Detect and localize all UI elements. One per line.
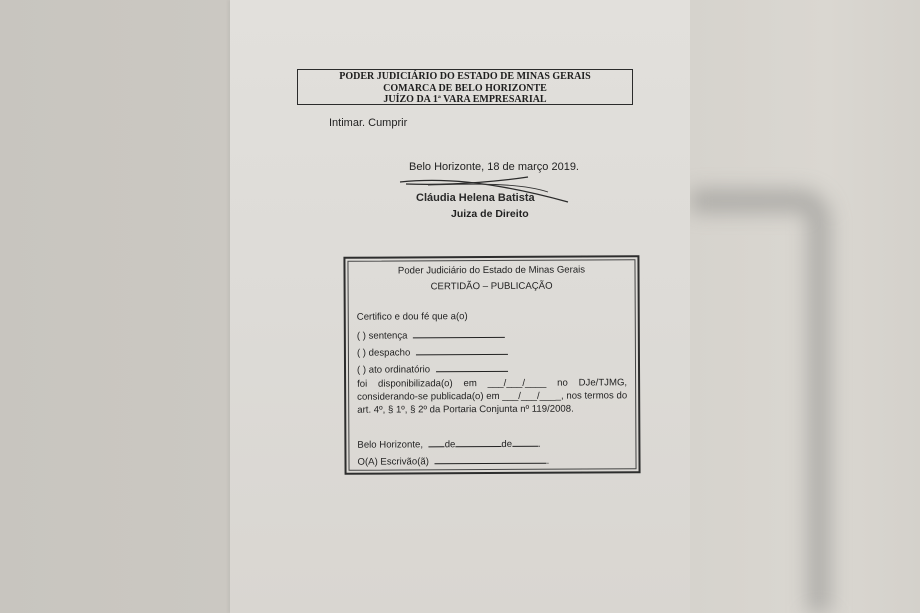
- option-ato-ordinatorio: ( ) ato ordinatório: [357, 362, 508, 376]
- place-date-line: Belo Horizonte, dede.: [357, 437, 540, 451]
- signer-role: Juiza de Direito: [451, 208, 529, 220]
- blank-field: [416, 345, 508, 355]
- publication-certificate-stamp: Poder Judiciário do Estado de Minas Gera…: [343, 255, 640, 475]
- line-article: art. 4º, § 1º, § 2º da Portaria Conjunta…: [357, 404, 574, 416]
- document-page: PODER JUDICIÁRIO DO ESTADO DE MINAS GERA…: [230, 0, 690, 613]
- header-line-2: COMARCA DE BELO HORIZONTE: [298, 83, 632, 95]
- header-line-3: JUÍZO DA 1ª VARA EMPRESARIAL: [298, 94, 632, 106]
- option-sentenca: ( ) sentença: [357, 328, 505, 342]
- blank-field: [413, 328, 505, 338]
- court-header: PODER JUDICIÁRIO DO ESTADO DE MINAS GERA…: [297, 69, 633, 105]
- order-text: Intimar. Cumprir: [329, 117, 407, 129]
- certificate-title: Poder Judiciário do Estado de Minas Gera…: [348, 264, 634, 276]
- signer-name: Cláudia Helena Batista: [416, 192, 535, 204]
- header-line-1: PODER JUDICIÁRIO DO ESTADO DE MINAS GERA…: [298, 71, 632, 83]
- background-shadow: [690, 190, 830, 613]
- blank-field: [436, 362, 508, 372]
- line-considerando: considerando-se publicada(o) em ___/___/…: [357, 390, 627, 402]
- certificate-subtitle: CERTIDÃO – PUBLICAÇÃO: [349, 280, 635, 292]
- certificate-intro: Certifico e dou fé que a(o): [357, 311, 468, 323]
- escrivao-line: O(A) Escrivão(ã) .: [357, 454, 549, 468]
- date-line: Belo Horizonte, 18 de março 2019.: [409, 161, 579, 173]
- line-disponibilizada: foi disponibilizada(o) em ___/___/____ n…: [357, 377, 627, 389]
- option-despacho: ( ) despacho: [357, 345, 508, 359]
